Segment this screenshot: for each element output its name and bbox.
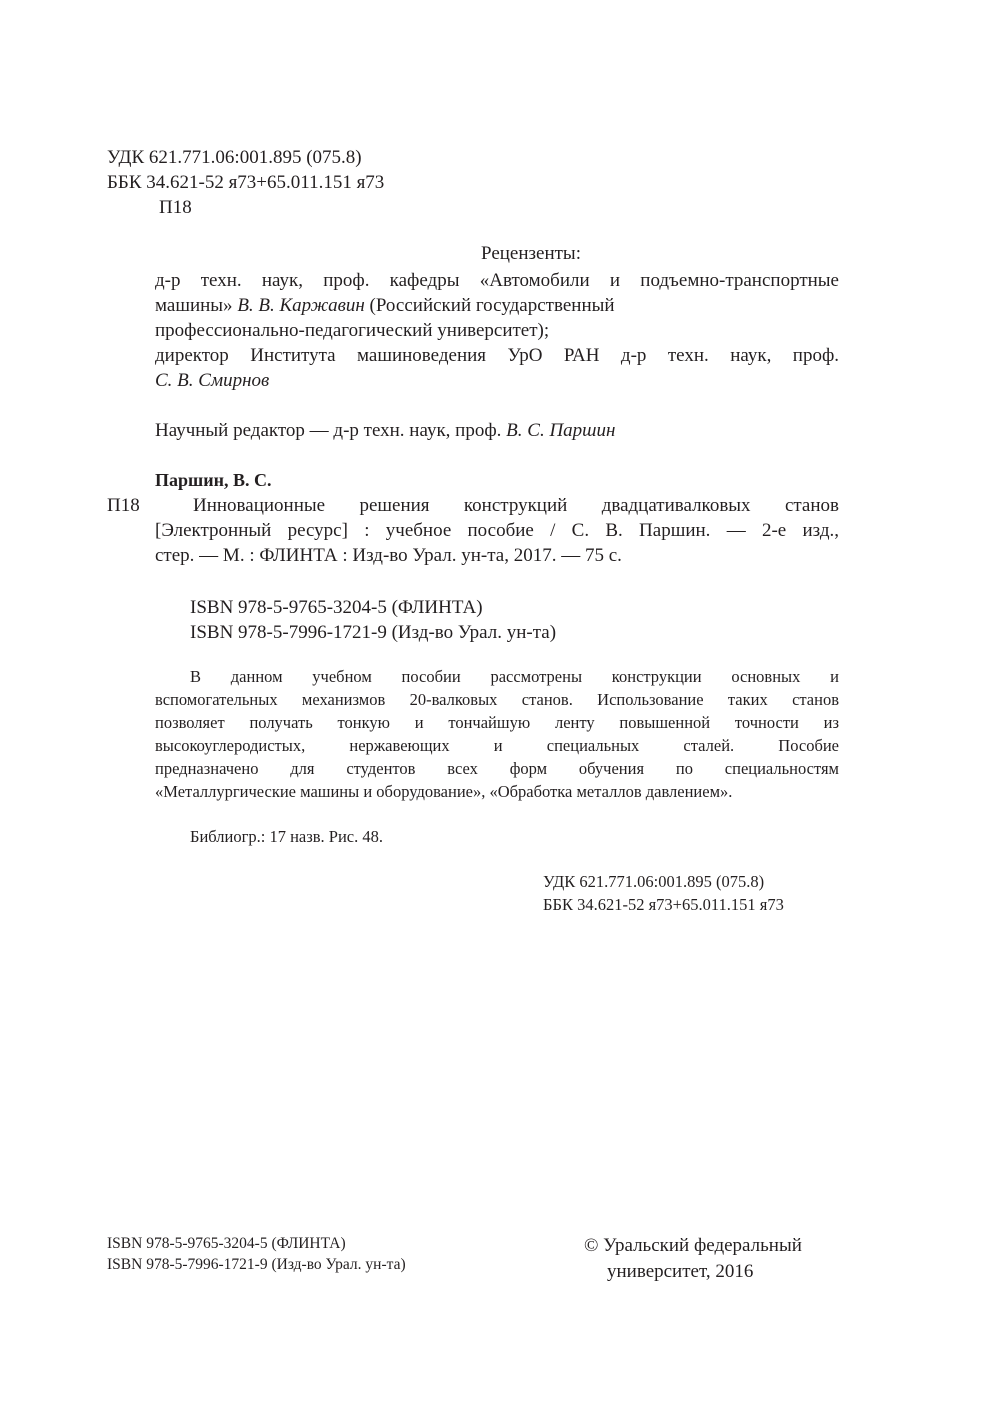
reviewer-name: В. В. Каржавин [237,295,364,316]
reviewers-title: Рецензенты: [0,243,1004,265]
udk-code: УДК 621.771.06:001.895 (075.8) [107,145,384,170]
editor-label: Научный редактор — д-р техн. наук, проф. [155,420,506,441]
udk-code: УДК 621.771.06:001.895 (075.8) [543,870,784,893]
record-author-mark: П18 [107,493,140,518]
isbn-block: ISBN 978-5-9765-3204-5 (ФЛИНТА) ISBN 978… [190,595,556,645]
annotation-line: В данном учебном пособии рассмотрены кон… [155,665,839,688]
annotation-line: высокоуглеродистых, нержавеющих и специа… [155,734,839,757]
classification-header: УДК 621.771.06:001.895 (075.8) ББК 34.62… [107,145,384,220]
reviewers-block: д-р техн. наук, проф. кафедры «Автомобил… [155,268,839,393]
record-line: [Электронный ресурс] : учебное пособие /… [155,518,839,543]
author-mark: П18 [107,195,384,220]
copyright-line: © Уральский федеральный [584,1233,802,1259]
editor-name: В. С. Паршин [506,420,615,441]
bbk-code: ББК 34.621-52 я73+65.011.151 я73 [107,170,384,195]
record-author: Паршин, В. С. [155,468,271,493]
annotation-line: позволяет получать тонкую и тончайшую ле… [155,711,839,734]
bibliography-count: Библиогр.: 17 назв. Рис. 48. [190,825,383,848]
annotation-line: «Металлургические машины и оборудование»… [155,780,839,803]
reviewer-line: профессионально-педагогический университ… [155,318,839,343]
annotation-line: вспомогательных механизмов 20-валковых с… [155,688,839,711]
isbn-line: ISBN 978-5-7996-1721-9 (Изд-во Урал. ун-… [107,1254,406,1275]
reviewer-text: машины» [155,295,237,316]
reviewer-line: д-р техн. наук, проф. кафедры «Автомобил… [155,268,839,293]
reviewer-name: С. В. Смирнов [155,368,839,393]
reviewer-line: директор Института машиноведения УрО РАН… [155,343,839,368]
bbk-code: ББК 34.621-52 я73+65.011.151 я73 [543,893,784,916]
bibliographic-record: Инновационные решения конструкций двадца… [155,493,839,568]
record-line: стер. — М. : ФЛИНТА : Изд-во Урал. ун-та… [155,543,839,568]
isbn-line: ISBN 978-5-9765-3204-5 (ФЛИНТА) [190,595,556,620]
isbn-line: ISBN 978-5-9765-3204-5 (ФЛИНТА) [107,1233,406,1254]
annotation: В данном учебном пособии рассмотрены кон… [155,665,839,803]
copyright: © Уральский федеральный университет, 201… [584,1233,802,1285]
record-line: Инновационные решения конструкций двадца… [155,493,839,518]
scientific-editor: Научный редактор — д-р техн. наук, проф.… [155,418,615,443]
annotation-line: предназначено для студентов всех форм об… [155,757,839,780]
reviewer-text: (Российский государственный [365,295,615,316]
classification-bottom: УДК 621.771.06:001.895 (075.8) ББК 34.62… [543,870,784,916]
isbn-line: ISBN 978-5-7996-1721-9 (Изд-во Урал. ун-… [190,620,556,645]
reviewer-line: машины» В. В. Каржавин (Российский госуд… [155,293,839,318]
copyright-line: университет, 2016 [584,1259,802,1285]
footer-isbn: ISBN 978-5-9765-3204-5 (ФЛИНТА) ISBN 978… [107,1233,406,1275]
